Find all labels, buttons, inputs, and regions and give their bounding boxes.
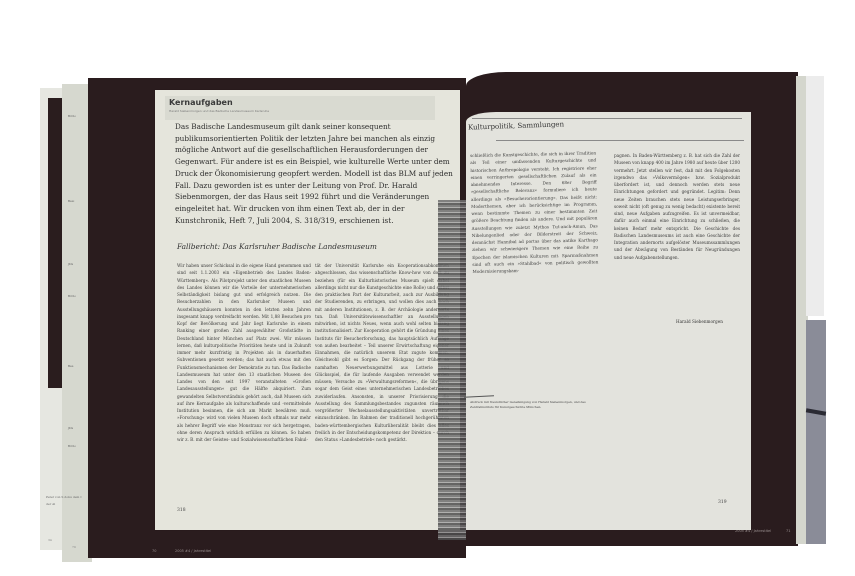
tab-label: Bildu [68,114,76,118]
page-number: 318 [177,508,186,513]
tab-label: JKG [68,262,73,266]
tab-label: Besi [68,199,74,203]
header-rule [496,140,744,141]
section-title: Kernaufgaben [169,98,233,107]
insert-page-319: Kulturpolitik, Sammlungen schließlich di… [466,112,751,530]
right-back-page [806,76,824,316]
back-page-number: 34 [48,538,52,542]
section-subtitle: Harald Siebenmorgen und das Badische Lan… [169,109,269,113]
page-number: 319 [718,500,727,505]
tab-label: JKG [68,426,73,430]
article-column-1: Wir haben unser Schicksal in die eigene … [177,262,311,443]
back-page-text-fragment: Peter von S doku dem I der Al [46,494,86,508]
insert-page-318: Kernaufgaben Harald Siebenmorgen und das… [155,90,460,530]
tab-label: Bildu [68,294,76,298]
tab-label: Bes [68,364,73,368]
magazine-page-number: 71 [786,529,790,533]
page-gutter-fold [438,200,466,540]
footnote: Abdruck mit freundlicher Genehmigung von… [470,400,610,409]
header-rule [472,118,742,119]
article-title: Fallbericht: Das Karlsruher Badische Lan… [177,242,377,251]
intro-paragraph: Das Badische Landesmuseum gilt dank sein… [175,121,453,226]
magazine-footer-label: 2005 #4 / Jahrestitel [175,549,211,553]
article-column-1: schließlich die Kunstgeschichte, die sic… [470,149,599,275]
footnote-rule [464,395,494,398]
author-signature: Harald Siebenmorgen [676,319,723,324]
back-page-number: 79 [72,545,76,549]
right-back-photo [806,320,826,544]
section-head: Kulturpolitik, Sammlungen [468,120,564,131]
magazine-page-number: 70 [152,549,156,553]
tab-label: Bildu [68,444,76,448]
article-column-2: pagnen. In Baden-Württemberg z. B. hat s… [614,152,740,261]
article-column-2: tät der Universität Karlsruhe ein Kooper… [315,262,449,443]
